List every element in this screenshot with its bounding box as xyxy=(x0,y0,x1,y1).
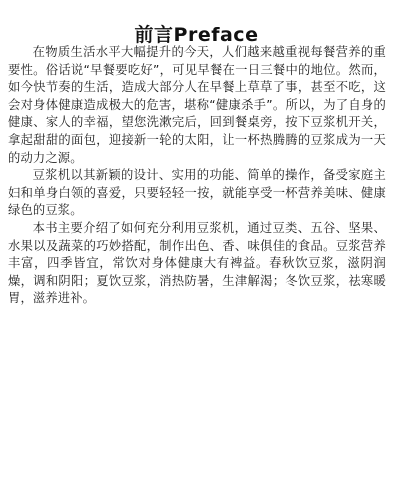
paragraph-3: 本书主要介绍了如何充分利用豆浆机，通过豆类、五谷、坚果、水果以及蔬菜的巧妙搭配，… xyxy=(8,220,386,308)
preface-body: 在物质生活水平大幅提升的今天，人们越来越重视每餐营养的重要性。俗话说“早餐要吃好… xyxy=(8,44,386,308)
paragraph-1: 在物质生活水平大幅提升的今天，人们越来越重视每餐营养的重要性。俗话说“早餐要吃好… xyxy=(8,44,386,167)
paragraph-2: 豆浆机以其新颖的设计、实用的功能、简单的操作，备受家庭主妇和单身白领的喜爱，只要… xyxy=(8,167,386,220)
